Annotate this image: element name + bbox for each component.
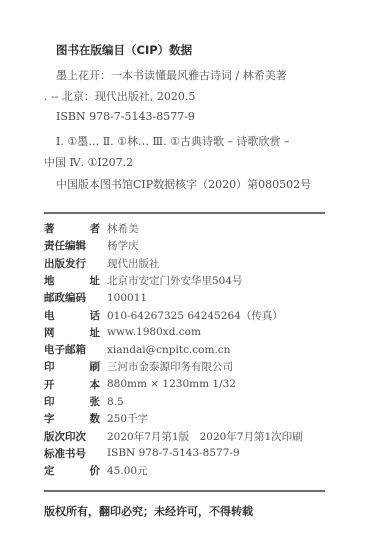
detail-label: 版次印次 [44, 429, 100, 444]
cip-classification-2: 中国 Ⅳ. ①I207.2 [44, 154, 133, 170]
detail-label: 出版发行 [44, 256, 100, 271]
detail-value: 北京市安定门外安华里504号 [107, 273, 243, 288]
detail-row-author: 著者 林希美 [44, 220, 139, 237]
detail-value: 45.00元 [107, 463, 148, 478]
detail-row-postcode: 邮政编码 100011 [44, 289, 147, 306]
detail-label: 开本 [44, 377, 100, 392]
detail-row-edition: 版次印次 2020年7月第1版 2020年7月第1次印刷 [44, 428, 303, 445]
cip-isbn: ISBN 978-7-5143-8577-9 [56, 110, 195, 123]
detail-value: 8.5 [107, 396, 124, 408]
detail-label: 邮政编码 [44, 290, 100, 305]
detail-label: 印张 [44, 394, 100, 409]
detail-value: ISBN 978-7-5143-8577-9 [107, 447, 240, 459]
detail-row-editor: 责任编辑 杨学庆 [44, 237, 139, 254]
detail-value: xiandai@cnpitc.com.cn [107, 344, 230, 356]
copyright-notice: 版权所有，翻印必究；未经许可，不得转载 [44, 503, 253, 519]
top-divider [44, 212, 325, 214]
cip-approval-number: 中国版本图书馆CIP数据核字（2020）第080502号 [56, 176, 311, 192]
detail-value: 三河市金泰源印务有限公司 [107, 359, 233, 374]
detail-row-price: 定价 45.00元 [44, 462, 148, 479]
detail-row-sheets: 印张 8.5 [44, 393, 124, 410]
detail-label: 网址 [44, 325, 100, 340]
detail-label: 责任编辑 [44, 238, 100, 253]
detail-value: 100011 [107, 292, 147, 304]
detail-row-address: 地址 北京市安定门外安华里504号 [44, 272, 243, 289]
detail-row-website: 网址 www.1980xd.com [44, 324, 201, 341]
detail-value: 880mm × 1230mm 1/32 [107, 378, 236, 390]
detail-label: 电话 [44, 308, 100, 323]
cip-classification-1: Ⅰ. ①墨… Ⅱ. ①林… Ⅲ. ①古典诗歌 – 诗歌欣赏 – [56, 133, 289, 149]
detail-value: 现代出版社 [107, 256, 160, 271]
detail-label: 字数 [44, 411, 100, 426]
detail-row-isbn: 标准书号 ISBN 978-7-5143-8577-9 [44, 445, 240, 462]
detail-value: 杨学庆 [107, 238, 139, 253]
cip-line-title: 墨上花开：一本书读懂最风雅古诗词 / 林希美著 [56, 67, 287, 83]
detail-label: 标准书号 [44, 446, 100, 461]
detail-row-word-count: 字数 250千字 [44, 410, 148, 427]
detail-label: 印刷 [44, 359, 100, 374]
detail-value: www.1980xd.com [107, 326, 201, 338]
detail-label: 著者 [44, 221, 100, 236]
cip-title: 图书在版编目（CIP）数据 [56, 42, 192, 58]
detail-value: 250千字 [107, 411, 148, 426]
detail-value: 林希美 [107, 221, 139, 236]
detail-row-printer: 印刷 三河市金泰源印务有限公司 [44, 358, 233, 375]
cip-line-publisher: . -- 北京：现代出版社, 2020.5 [44, 88, 195, 104]
detail-row-format: 开本 880mm × 1230mm 1/32 [44, 376, 236, 393]
detail-row-publisher: 出版发行 现代出版社 [44, 255, 160, 272]
detail-value: 2020年7月第1版 2020年7月第1次印刷 [107, 429, 303, 444]
detail-label: 电子邮箱 [44, 342, 100, 357]
detail-row-email: 电子邮箱 xiandai@cnpitc.com.cn [44, 341, 230, 358]
detail-label: 定价 [44, 463, 100, 478]
detail-label: 地址 [44, 273, 100, 288]
bottom-divider [44, 490, 325, 492]
detail-row-phone: 电话 010-64267325 64245264（传真） [44, 307, 283, 324]
detail-value: 010-64267325 64245264（传真） [107, 308, 283, 323]
